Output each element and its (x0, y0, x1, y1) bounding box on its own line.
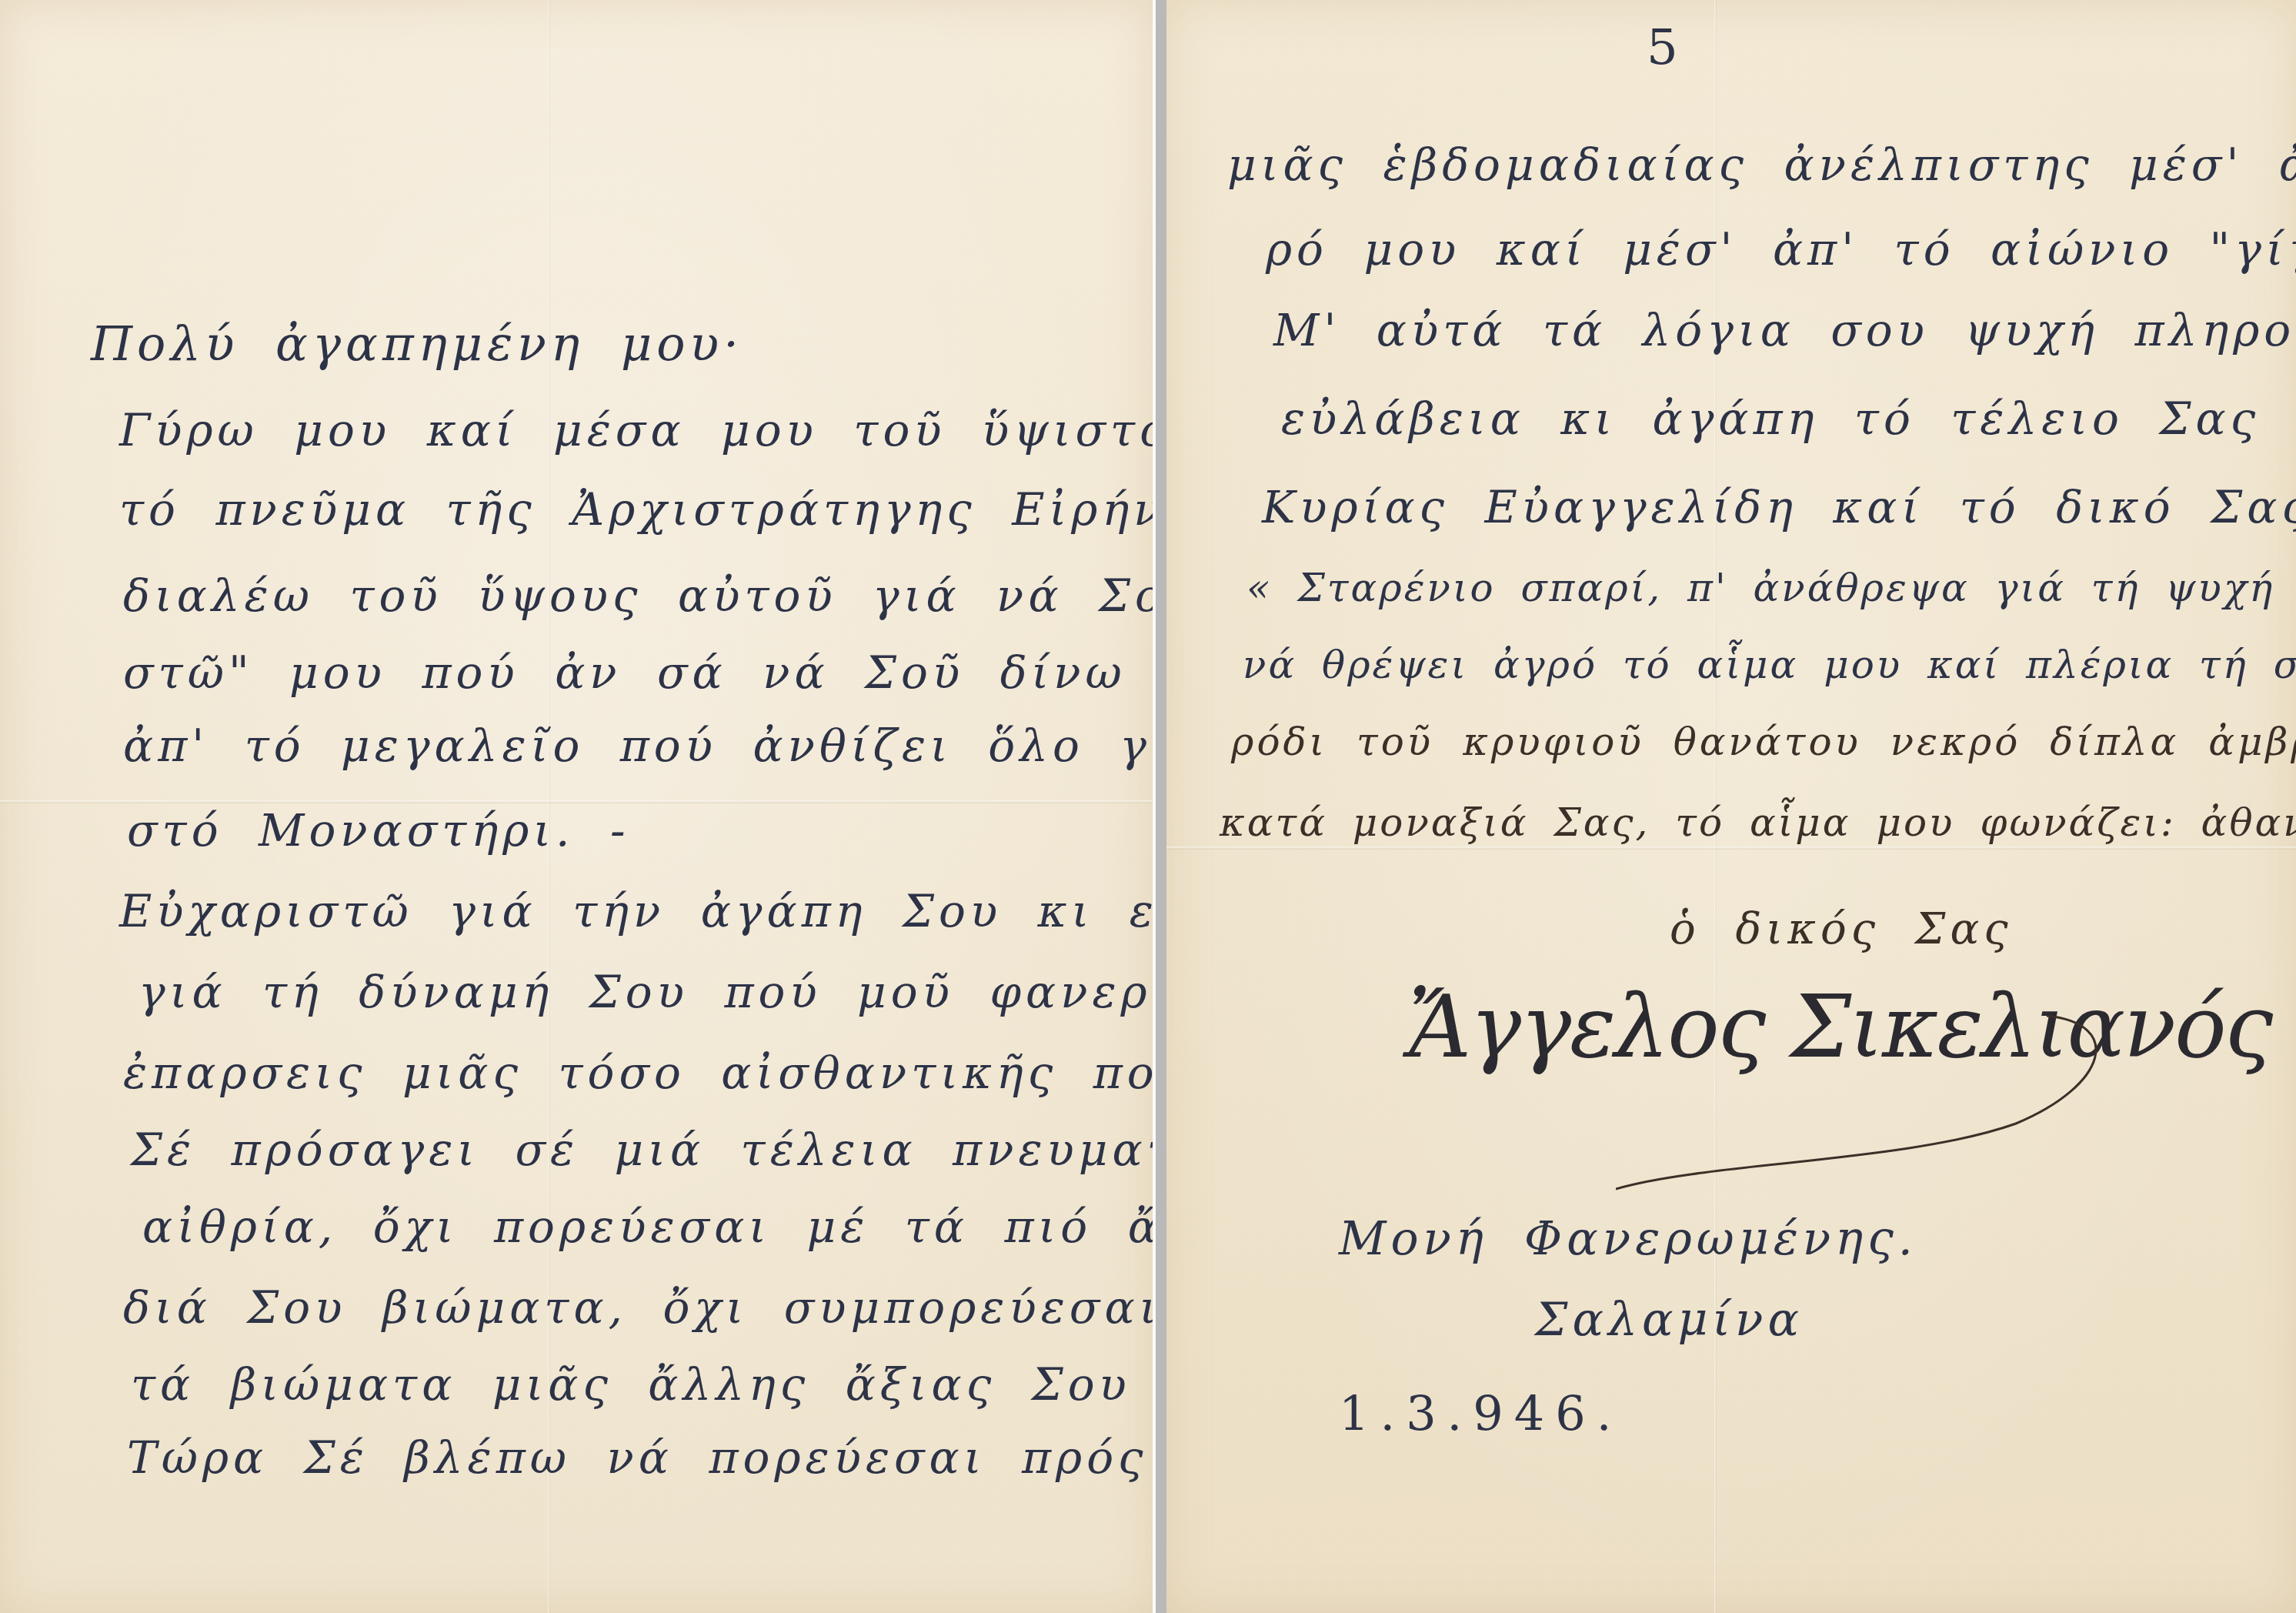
place-line-1: Μονή Φανερωμένης. (1339, 1212, 1917, 1266)
page-number: 5 (1647, 19, 1683, 76)
salutation-line: Πολύ ἀγαπημένη μου· (91, 316, 743, 372)
closing-line: ὁ δικός Σας (1670, 904, 2013, 954)
verse-line-2: νά θρέψει ἀγρό τό αἷμα μου καί πλέρια τή… (1243, 643, 2296, 687)
verse-line-3: ρόδι τοῦ κρυφιοῦ θανάτου νεκρό δίπλα ἀμβ… (1231, 720, 2296, 764)
letter-line-r1: μιᾶς ἑβδομαδιαίας ἀνέλπιστης μέσ' ἀπ' τό… (1227, 139, 2296, 191)
letter-line-12: διά Σου βιώματα, ὄχι συμπορεύεσαι μέ (123, 1281, 1260, 1334)
signature-flourish-icon (1616, 993, 2108, 1193)
letter-line-10: Σέ πρόσαγει σέ μιά τέλεια πνευματική (131, 1124, 1263, 1176)
letter-line-r3: Μ' αὐτά τά λόγια σου ψυχή πληροφορῶ ὅλος (1273, 304, 2296, 356)
letter-line-11: αἰθρία, ὄχι πορεύεσαι μέ τά πιό ἄρτια (142, 1201, 1280, 1253)
verse-line-4: κατά μοναξιά Σας, τό αἷμα μου φωνάζει: ἀ… (1220, 800, 2296, 845)
letter-line-r2: ρό μου καί μέσ' ἀπ' τό αἰώνιο "γίγνεσθαι… (1266, 223, 2296, 276)
place-line-2: Σαλαμίνα (1535, 1293, 1804, 1347)
paper-fold-horizontal (0, 800, 1153, 803)
letter-line-r4: εὐλάβεια κι ἀγάπη τό τέλειο Σας - καί τῆ… (1281, 392, 2296, 445)
page-gutter (1153, 0, 1166, 1613)
letter-line-r5: Κυρίας Εὐαγγελίδη καί τό δικό Σας - - (1262, 481, 2296, 533)
paper-fold-horizontal (1166, 847, 2296, 850)
date: 1.3.946. (1339, 1385, 1622, 1441)
letter-line-14: Τώρα Σέ βλέπω νά πορεύεσαι πρός (127, 1431, 1148, 1484)
verse-line-1: « Σταρένιο σπαρί, π' ἀνάθρεψα γιά τή ψυχ… (1246, 566, 2296, 610)
letter-line-6: στό Μοναστήρι. - (127, 804, 630, 857)
